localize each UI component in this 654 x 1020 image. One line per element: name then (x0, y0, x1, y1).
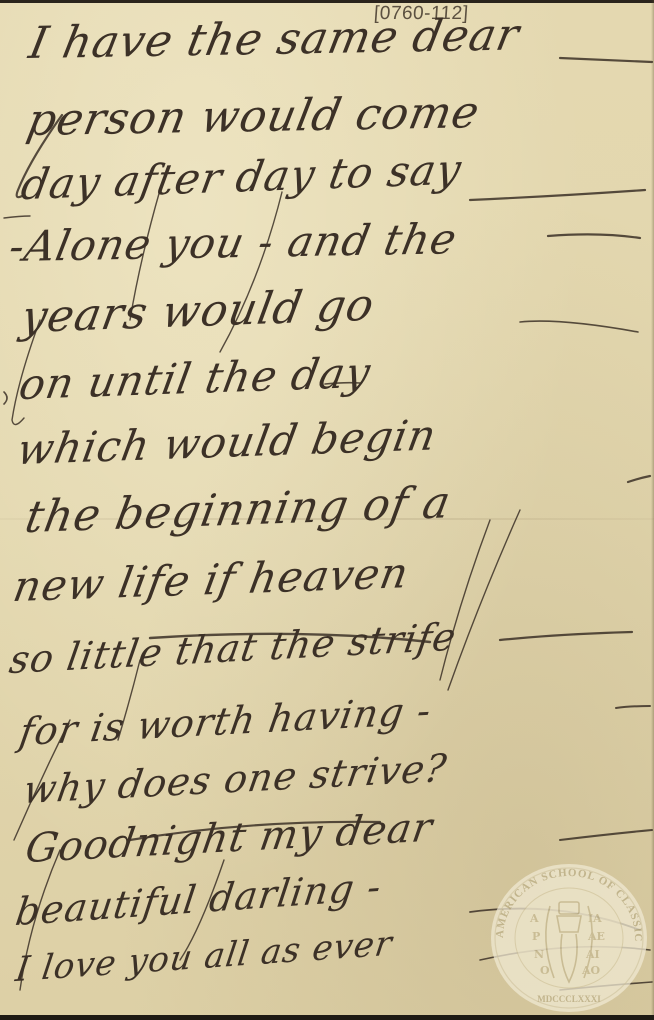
scan-edge-bottom (0, 1015, 654, 1020)
handwritten-line: the beginning of a (21, 477, 455, 543)
handwritten-line: new life if heaven (10, 548, 413, 611)
handwritten-line: so little that the strife (6, 614, 459, 682)
scanned-letter-page: [0760-112] I have the same dear person w… (0, 0, 654, 1020)
seal-greek-left-3: Ν (534, 948, 544, 961)
seal-greek-right-3: ΑΙ (585, 948, 600, 961)
handwritten-line: I have the same dear (25, 9, 524, 69)
seal-greek-right-1: ΙΑ (588, 912, 602, 925)
handwritten-line: on until the day (16, 348, 375, 410)
handwritten-line: I love you all as ever (13, 923, 395, 990)
handwritten-line: why does one strive? (20, 746, 450, 813)
handwritten-line: for is worth having - (16, 688, 434, 754)
seal-greek-left-1: Α (529, 912, 539, 925)
handwritten-line: day after day to say (18, 144, 466, 209)
seal-greek-right-2: ΑΕ (587, 930, 605, 943)
handwritten-line: -Alone you - and the (5, 214, 461, 271)
institution-seal-stamp: AMERICAN SCHOOL OF CLASSICAL STUDIES AT … (488, 860, 650, 1016)
scan-edge-top (0, 0, 654, 3)
seal-greek-left-4: Ο (540, 964, 550, 977)
seal-greek-right-4: ΑΟ (581, 964, 601, 977)
handwritten-line: which would begin (14, 410, 441, 474)
seal-founding-year: MDCCCLXXXI (537, 994, 601, 1004)
handwritten-line: years would go (17, 280, 378, 344)
handwritten-line: beautiful darling - (13, 864, 385, 934)
handwritten-line: Goodnight my dear (22, 804, 436, 872)
handwritten-line: person would come (23, 87, 484, 146)
seal-greek-left-2: Ρ (532, 930, 540, 943)
